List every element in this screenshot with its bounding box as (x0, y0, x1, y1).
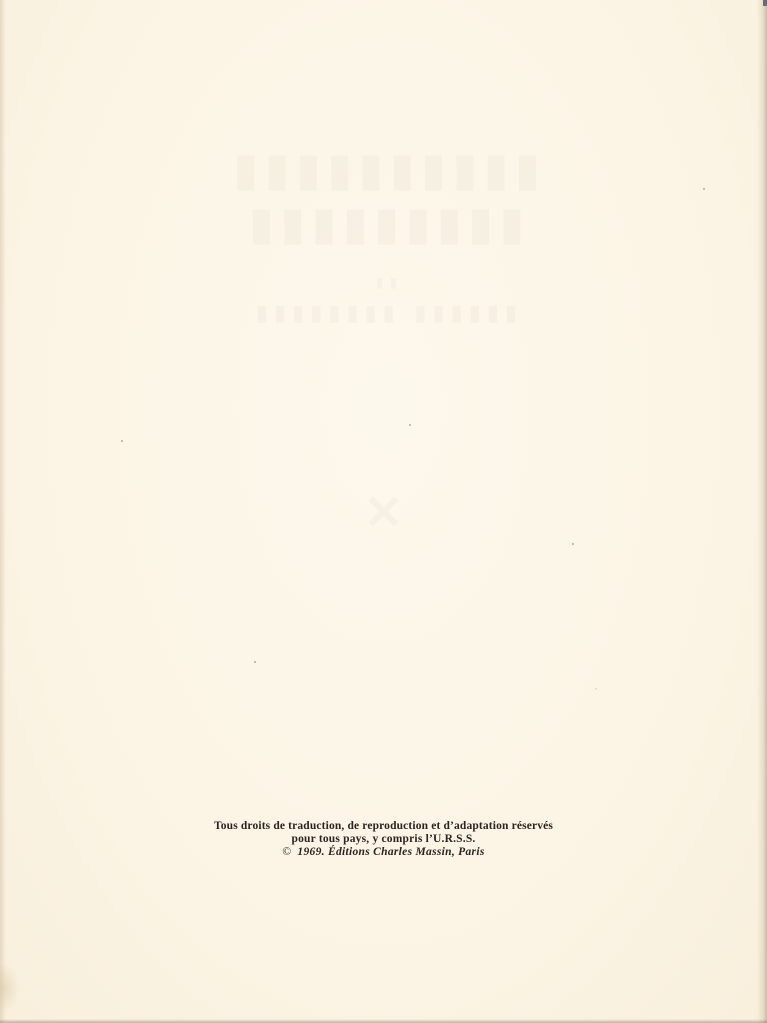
bleed-through-author: ▮▮▮▮▮▮ ▮▮▮▮▮▮▮▮ (0, 300, 767, 326)
rights-territory-line: pour tous pays, y compris l’U.R.S.S. (0, 833, 767, 846)
copyright-notice: Tous droits de traduction, de reproducti… (0, 820, 767, 859)
copyright-symbol: © (282, 846, 291, 858)
page-corner-mark (763, 0, 767, 6)
bleed-through-title-line-2: ▮▮▮▮▮▮▮▮▮ (0, 196, 767, 250)
rights-reserved-line: Tous droits de traduction, de reproducti… (0, 820, 767, 833)
paper-speck (572, 543, 574, 545)
paper-stain (0, 963, 20, 1013)
publisher-line: ©1969. Éditions Charles Massin, Paris (0, 846, 767, 859)
bleed-through-emblem: ✕ (0, 485, 767, 541)
bleed-through-title-line-1: ▮▮▮▮▮▮▮▮▮▮ (0, 142, 767, 196)
paper-speck (409, 424, 411, 426)
publisher-text: 1969. Éditions Charles Massin, Paris (297, 846, 484, 858)
paper-speck (595, 688, 597, 690)
book-page: ▮▮▮▮▮▮▮▮▮▮ ▮▮▮▮▮▮▮▮▮ ▮▮ ▮▮▮▮▮▮ ▮▮▮▮▮▮▮▮ … (0, 0, 767, 1023)
paper-speck (703, 188, 705, 190)
bleed-through-subtitle: ▮▮ (0, 275, 767, 291)
paper-speck (121, 440, 123, 442)
page-bottom-edge (0, 1019, 767, 1023)
paper-speck (254, 661, 256, 663)
